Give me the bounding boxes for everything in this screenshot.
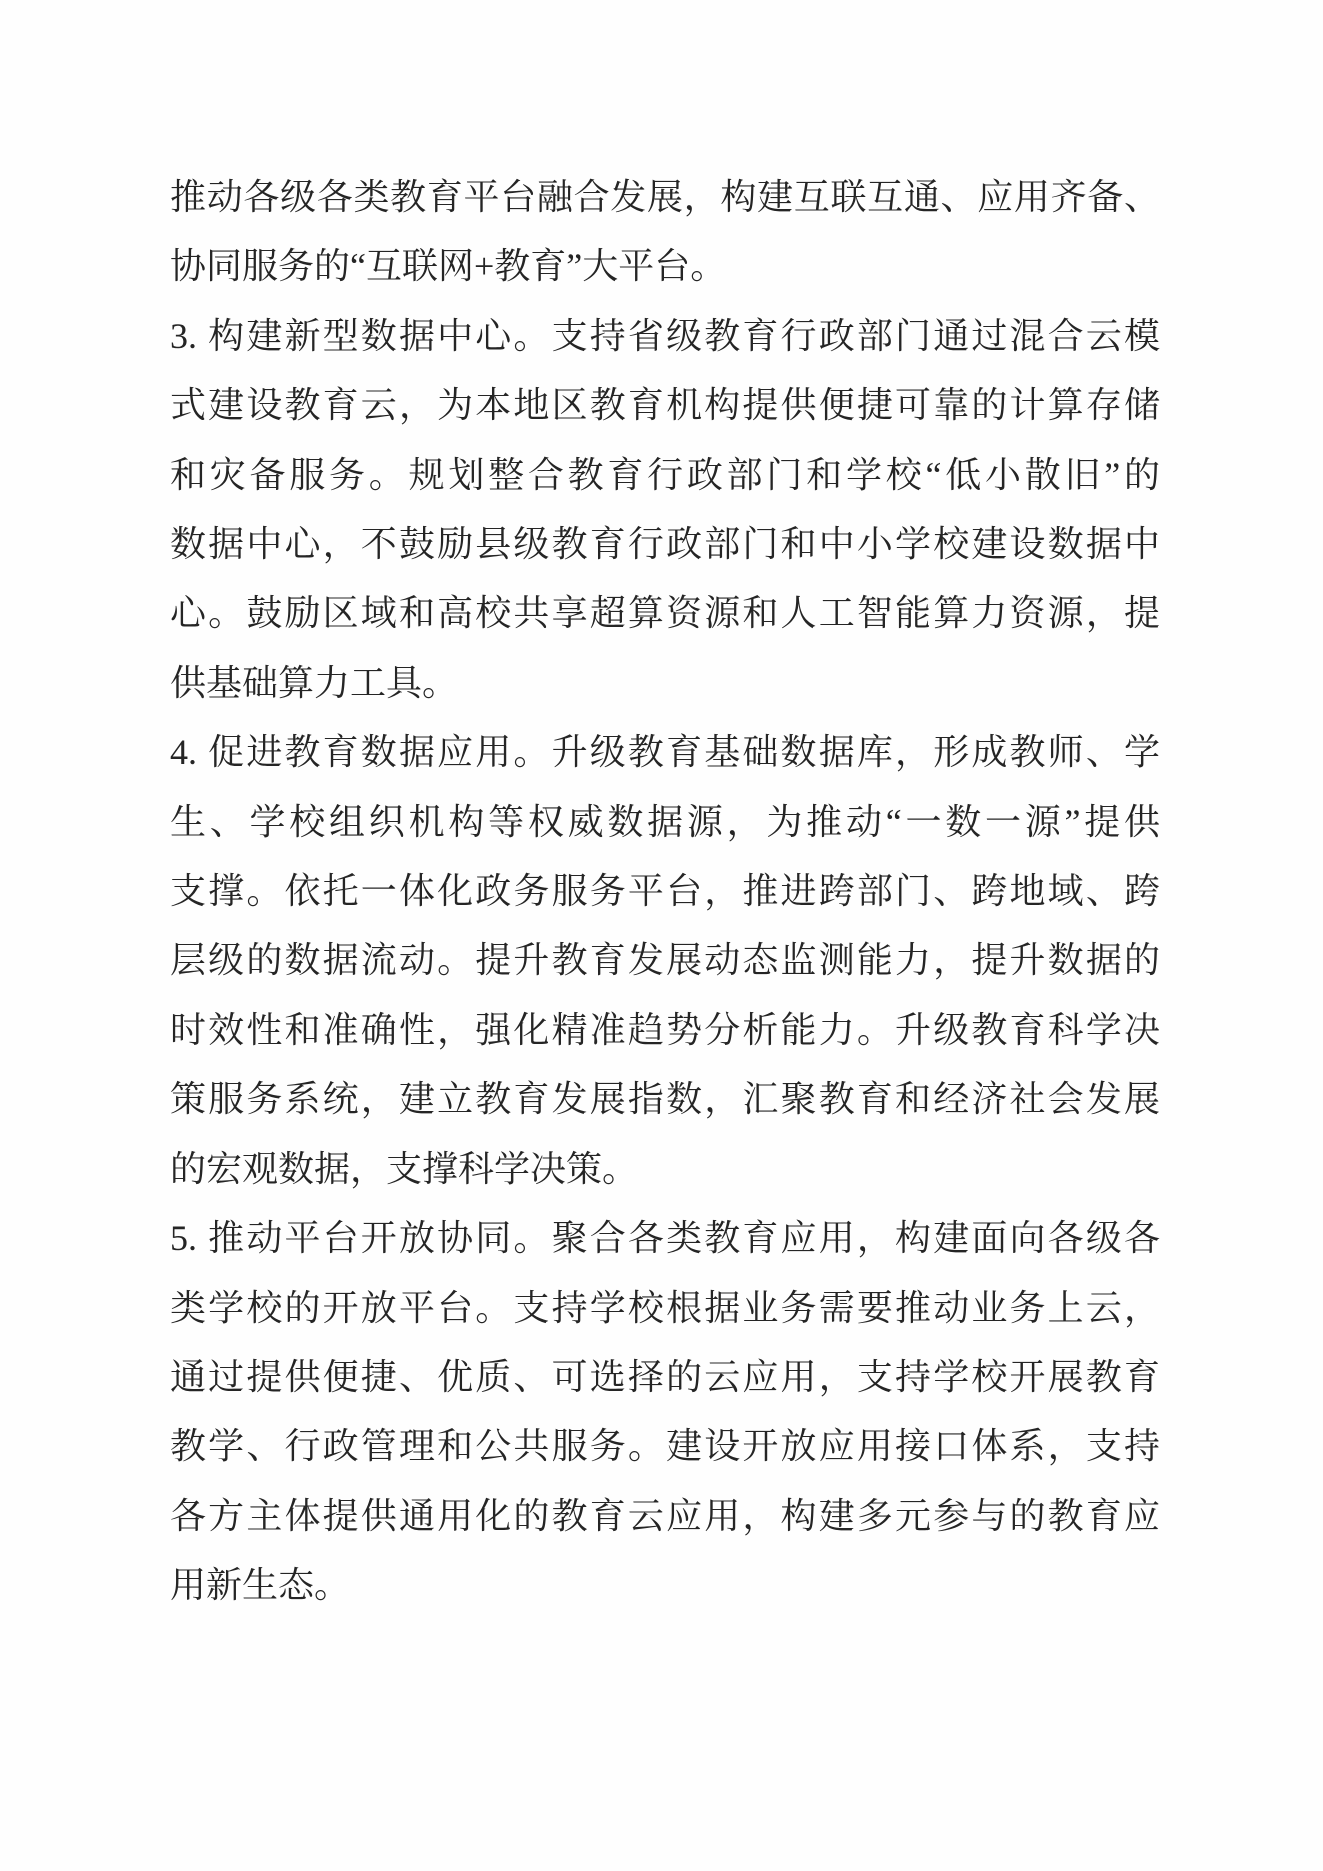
text-line: 心。鼓励区域和高校共享超算资源和人工智能算力资源，提 [170,579,1160,648]
text-line: 类学校的开放平台。支持学校根据业务需要推动业务上云， [170,1274,1160,1343]
text-line: 协同服务的“互联网+教育”大平台。 [170,232,1160,301]
text-line: 3. 构建新型数据中心。支持省级教育行政部门通过混合云模 [170,302,1160,371]
text-line: 数据中心，不鼓励县级教育行政部门和中小学校建设数据中 [170,510,1160,579]
text-line: 各方主体提供通用化的教育云应用，构建多元参与的教育应 [170,1482,1160,1551]
text-line: 5. 推动平台开放协同。聚合各类教育应用，构建面向各级各 [170,1204,1160,1273]
text-line: 用新生态。 [170,1551,1160,1620]
text-line: 层级的数据流动。提升教育发展动态监测能力，提升数据的 [170,926,1160,995]
text-line: 推动各级各类教育平台融合发展，构建互联互通、应用齐备、 [170,163,1160,232]
text-line: 策服务系统，建立教育发展指数，汇聚教育和经济社会发展 [170,1065,1160,1134]
text-line: 供基础算力工具。 [170,649,1160,718]
document-page: 推动各级各类教育平台融合发展，构建互联互通、应用齐备、协同服务的“互联网+教育”… [0,0,1323,1871]
text-line: 的宏观数据，支撑科学决策。 [170,1135,1160,1204]
document-body: 推动各级各类教育平台融合发展，构建互联互通、应用齐备、协同服务的“互联网+教育”… [170,163,1160,1621]
text-line: 和灾备服务。规划整合教育行政部门和学校“低小散旧”的 [170,441,1160,510]
text-line: 时效性和准确性，强化精准趋势分析能力。升级教育科学决 [170,996,1160,1065]
text-line: 通过提供便捷、优质、可选择的云应用，支持学校开展教育 [170,1343,1160,1412]
text-line: 教学、行政管理和公共服务。建设开放应用接口体系，支持 [170,1412,1160,1481]
text-line: 式建设教育云，为本地区教育机构提供便捷可靠的计算存储 [170,371,1160,440]
text-line: 支撑。依托一体化政务服务平台，推进跨部门、跨地域、跨 [170,857,1160,926]
text-line: 4. 促进教育数据应用。升级教育基础数据库，形成教师、学 [170,718,1160,787]
text-line: 生、学校组织机构等权威数据源，为推动“一数一源”提供 [170,788,1160,857]
